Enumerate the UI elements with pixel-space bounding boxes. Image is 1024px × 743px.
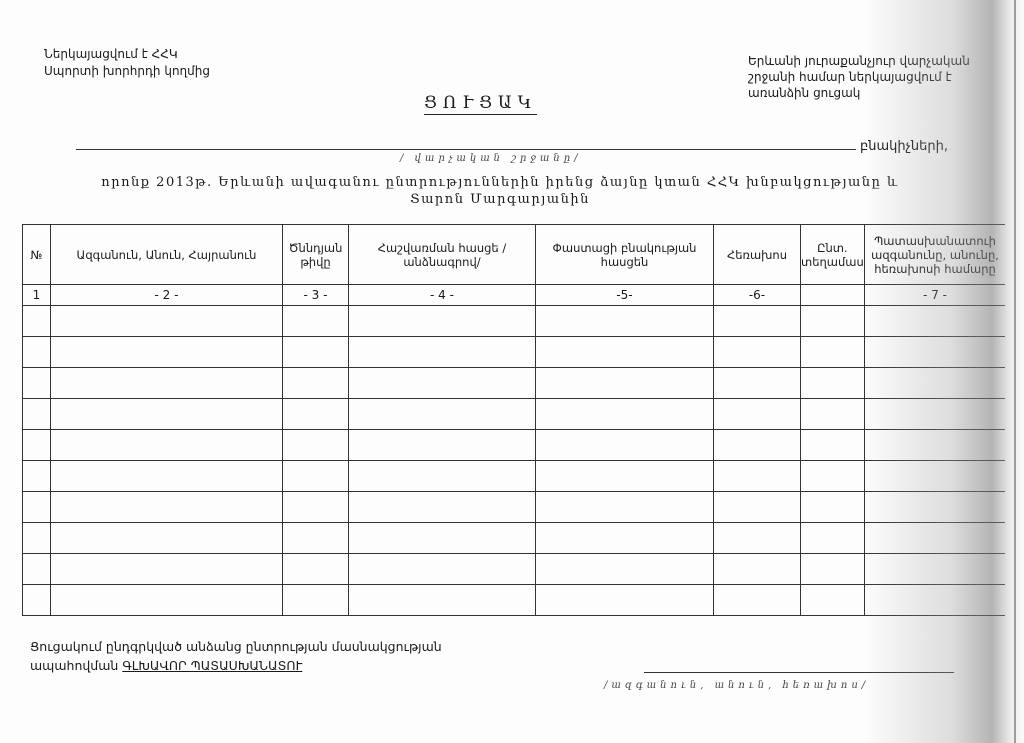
entry-cell[interactable]	[714, 585, 801, 616]
subtitle-line1: որոնք 2013թ. Երևանի ավագանու ընտրություն…	[0, 175, 1000, 190]
entry-cell[interactable]	[864, 492, 1005, 523]
footer-line2: ապահովման ԳԼԽԱՎՈՐ ՊԱՏԱՍԽԱՆԱՏՈՒ	[30, 656, 442, 675]
col-birth-year: Ծննդյան թիվը	[283, 225, 349, 285]
entry-cell[interactable]	[864, 337, 1005, 368]
entry-cell[interactable]	[51, 492, 283, 523]
scan-edge	[1014, 0, 1016, 743]
entry-cell[interactable]	[51, 430, 283, 461]
entry-cell[interactable]	[864, 523, 1005, 554]
numbering-cell: - 2 -	[51, 285, 283, 306]
column-numbering-row: 1 - 2 - - 3 - - 4 - -5- -6- - 7 -	[23, 285, 1006, 306]
entry-cell[interactable]	[801, 585, 865, 616]
submitted-by-line1: Ներկայացվում է ՀՀԿ	[44, 46, 210, 63]
entry-cell[interactable]	[51, 399, 283, 430]
table-row	[23, 461, 1006, 492]
table-row	[23, 492, 1006, 523]
entry-cell[interactable]	[23, 523, 51, 554]
entry-cell[interactable]	[536, 368, 714, 399]
responsible-role: ԳԼԽԱՎՈՐ ՊԱՏԱՍԽԱՆԱՏՈՒ	[122, 658, 302, 673]
table-row	[23, 306, 1006, 337]
entry-cell[interactable]	[864, 368, 1005, 399]
entry-cell[interactable]	[283, 430, 349, 461]
entry-cell[interactable]	[536, 399, 714, 430]
entry-cell[interactable]	[801, 306, 865, 337]
instruction-line1: Երևանի յուրաքանչյուր վարչական	[748, 53, 988, 69]
table-row	[23, 399, 1006, 430]
submitted-by-line2: Սպորտի խորհրդի կողմից	[44, 63, 210, 80]
numbering-cell: -6-	[714, 285, 801, 306]
entry-cell[interactable]	[714, 368, 801, 399]
district-hint: / վարչական շրջանը/	[400, 153, 581, 164]
instruction-line3: առանձին ցուցակ	[748, 85, 988, 101]
entry-cell[interactable]	[714, 430, 801, 461]
instruction-note: Երևանի յուրաքանչյուր վարչական շրջանի համ…	[748, 53, 988, 101]
numbering-cell: -5-	[536, 285, 714, 306]
entry-cell[interactable]	[23, 399, 51, 430]
entry-cell[interactable]	[51, 306, 283, 337]
entry-cell[interactable]	[864, 399, 1005, 430]
table-row	[23, 585, 1006, 616]
entry-cell[interactable]	[349, 461, 536, 492]
entry-cell[interactable]	[801, 523, 865, 554]
col-number: №	[23, 225, 51, 285]
entry-cell[interactable]	[864, 430, 1005, 461]
table-row	[23, 368, 1006, 399]
entry-cell[interactable]	[864, 554, 1005, 585]
entry-cell[interactable]	[714, 461, 801, 492]
entry-cell[interactable]	[714, 306, 801, 337]
entry-cell[interactable]	[714, 554, 801, 585]
entry-cell[interactable]	[283, 554, 349, 585]
entry-cell[interactable]	[283, 368, 349, 399]
entry-cell[interactable]	[283, 492, 349, 523]
footer-line1: Ցուցակում ընդգրկված անձանց ընտրության մա…	[30, 637, 442, 656]
table-header-row: № Ազգանուն, Անուն, Հայրանուն Ծննդյան թիվ…	[23, 225, 1006, 285]
table-row	[23, 554, 1006, 585]
numbering-cell: - 7 -	[864, 285, 1005, 306]
table-row	[23, 430, 1006, 461]
entry-cell[interactable]	[23, 368, 51, 399]
entry-cell[interactable]	[536, 492, 714, 523]
footer-block: Ցուցակում ընդգրկված անձանց ընտրության մա…	[30, 637, 442, 675]
entry-cell[interactable]	[349, 337, 536, 368]
entry-cell[interactable]	[536, 306, 714, 337]
entry-cell[interactable]	[714, 399, 801, 430]
entry-cell[interactable]	[536, 337, 714, 368]
entry-cell[interactable]	[801, 461, 865, 492]
entry-cell[interactable]	[23, 492, 51, 523]
entry-cell[interactable]	[51, 368, 283, 399]
voter-list-table: № Ազգանուն, Անուն, Հայրանուն Ծննդյան թիվ…	[22, 224, 1005, 616]
footer-prefix: ապահովման	[30, 658, 118, 673]
entry-cell[interactable]	[864, 585, 1005, 616]
entry-cell[interactable]	[51, 461, 283, 492]
entry-cell[interactable]	[349, 306, 536, 337]
submitted-by-block: Ներկայացվում է ՀՀԿ Սպորտի խորհրդի կողմից	[44, 46, 210, 80]
entry-cell[interactable]	[283, 523, 349, 554]
entry-cell[interactable]	[536, 523, 714, 554]
district-blank-line[interactable]	[76, 149, 856, 150]
col-responsible-person: Պատասխանատուի ազգանունը, անունը, հեռախոս…	[864, 225, 1005, 285]
entry-cell[interactable]	[536, 554, 714, 585]
entry-cell[interactable]	[349, 368, 536, 399]
entry-cell[interactable]	[23, 337, 51, 368]
entry-cell[interactable]	[23, 461, 51, 492]
entry-cell[interactable]	[51, 337, 283, 368]
instruction-line2: շրջանի համար ներկայացվում է	[748, 69, 988, 85]
entry-cell[interactable]	[349, 399, 536, 430]
entry-cell[interactable]	[283, 399, 349, 430]
table-row	[23, 523, 1006, 554]
entry-cell[interactable]	[801, 492, 865, 523]
signature-hint: /ազգանուն, անուն, հեռախոս/	[604, 680, 869, 691]
entry-cell[interactable]	[23, 306, 51, 337]
col-phone: Հեռախոս	[714, 225, 801, 285]
subtitle-line2: Տարոն Մարգարյանին	[0, 192, 1000, 207]
table-row	[23, 337, 1006, 368]
entry-cell[interactable]	[801, 430, 865, 461]
entry-cell[interactable]	[349, 585, 536, 616]
entry-cell[interactable]	[349, 554, 536, 585]
entry-cell[interactable]	[51, 585, 283, 616]
entry-cell[interactable]	[864, 461, 1005, 492]
numbering-cell: - 3 -	[283, 285, 349, 306]
residents-label: բնակիչների,	[860, 139, 948, 154]
entry-cell[interactable]	[51, 554, 283, 585]
entry-cell[interactable]	[283, 306, 349, 337]
signature-line[interactable]	[644, 672, 954, 673]
entry-cell[interactable]	[801, 554, 865, 585]
entry-cell[interactable]	[714, 523, 801, 554]
entry-cell[interactable]	[536, 461, 714, 492]
entry-cell[interactable]	[23, 585, 51, 616]
entry-cell[interactable]	[801, 399, 865, 430]
entry-cell[interactable]	[349, 492, 536, 523]
entry-cell[interactable]	[714, 492, 801, 523]
numbering-cell	[801, 285, 865, 306]
entry-cell[interactable]	[23, 430, 51, 461]
entry-cell[interactable]	[283, 461, 349, 492]
col-actual-address: Փաստացի բնակության հասցեն	[536, 225, 714, 285]
entry-cell[interactable]	[801, 368, 865, 399]
document-title: ՑՈՒՑԱԿ	[424, 93, 537, 115]
entry-cell[interactable]	[23, 554, 51, 585]
entry-cell[interactable]	[801, 337, 865, 368]
entry-cell[interactable]	[349, 523, 536, 554]
col-full-name: Ազգանուն, Անուն, Հայրանուն	[51, 225, 283, 285]
entry-cell[interactable]	[283, 585, 349, 616]
entry-cell[interactable]	[864, 306, 1005, 337]
entry-cell[interactable]	[283, 337, 349, 368]
entry-cell[interactable]	[714, 337, 801, 368]
numbering-cell: - 4 -	[349, 285, 536, 306]
col-registration-address: Հաշվառման հասցե /անձնագրով/	[349, 225, 536, 285]
numbering-cell: 1	[23, 285, 51, 306]
col-polling-station: Ընտ. տեղամաս	[801, 225, 865, 285]
entry-cell[interactable]	[51, 523, 283, 554]
entry-cell[interactable]	[349, 430, 536, 461]
entry-cell[interactable]	[536, 430, 714, 461]
entry-cell[interactable]	[536, 585, 714, 616]
